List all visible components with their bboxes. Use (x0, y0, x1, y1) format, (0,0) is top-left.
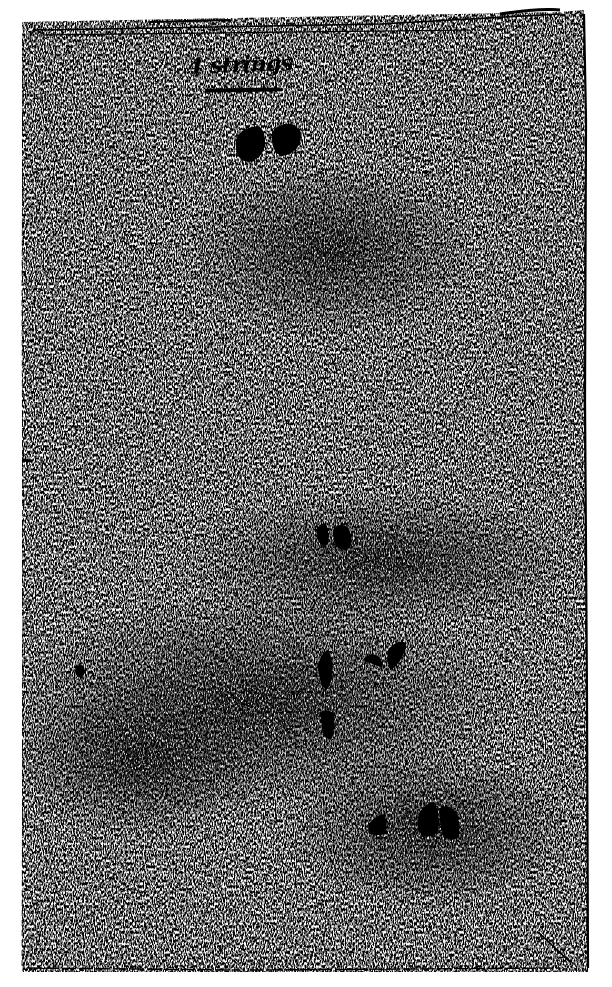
scanned-sheet (0, 0, 612, 987)
handwritten-label: 4 strings (188, 50, 294, 80)
spot-left-dot (75, 665, 85, 677)
